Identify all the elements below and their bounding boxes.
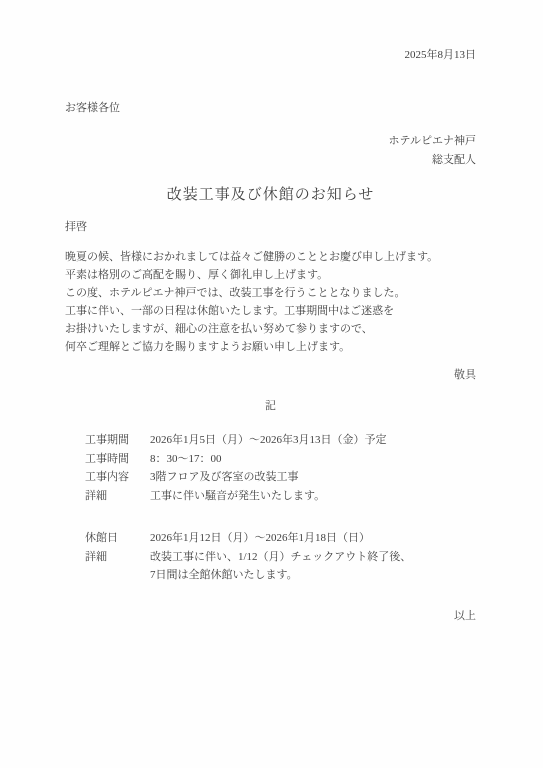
document-date: 2025年8月13日 [65, 48, 476, 62]
detail-value: 工事に伴い騒音が発生いたします。 [150, 487, 476, 506]
body-line: 何卒ご理解とご協力を賜りますようお願い申し上げます。 [65, 338, 476, 356]
salutation: 拝啓 [65, 219, 476, 235]
end-marker: 以上 [65, 608, 476, 624]
detail-label: 詳細 [85, 487, 150, 506]
detail-label: 工事時間 [85, 450, 150, 469]
sender-block: ホテルピエナ神戸 総支配人 [65, 132, 476, 170]
table-row: 詳細 改装工事に伴い、1/12（月）チェックアウト終了後、 7日間は全館休館いた… [85, 548, 476, 585]
closing-word: 敬具 [65, 367, 476, 383]
sender-title: 総支配人 [65, 151, 476, 170]
body-line: この度、ホテルピエナ神戸では、改装工事を行うこととなりました。 [65, 284, 476, 302]
detail-value: 8：30～17：00 [150, 450, 476, 469]
table-row: 休館日 2026年1月12日（月）～2026年1月18日（日） [85, 529, 476, 548]
document-title: 改装工事及び休館のお知らせ [65, 185, 476, 205]
body-line: お掛けいたしますが、細心の注意を払い努めて参りますので、 [65, 320, 476, 338]
detail-label: 休館日 [85, 529, 150, 548]
body-line: 平素は格別のご高配を賜り、厚く御礼申し上げます。 [65, 266, 476, 284]
detail-value: 改装工事に伴い、1/12（月）チェックアウト終了後、 7日間は全館休館いたします… [150, 548, 476, 585]
recipient: お客様各位 [65, 101, 476, 115]
table-row: 工事内容 3階フロア及び客室の改装工事 [85, 468, 476, 487]
detail-value: 2026年1月12日（月）～2026年1月18日（日） [150, 529, 476, 548]
document-page: 2025年8月13日 お客様各位 ホテルピエナ神戸 総支配人 改装工事及び休館の… [0, 0, 543, 768]
detail-label: 工事期間 [85, 431, 150, 450]
body-line: 晩夏の候、皆様におかれましては益々ご健勝のこととお慶び申し上げます。 [65, 248, 476, 266]
detail-label: 工事内容 [85, 468, 150, 487]
closure-details: 休館日 2026年1月12日（月）～2026年1月18日（日） 詳細 改装工事に… [85, 529, 476, 585]
document-content: 2025年8月13日 お客様各位 ホテルピエナ神戸 総支配人 改装工事及び休館の… [0, 0, 543, 624]
detail-label: 詳細 [85, 548, 150, 567]
table-row: 工事期間 2026年1月5日（月）～2026年3月13日（金）予定 [85, 431, 476, 450]
detail-value: 2026年1月5日（月）～2026年3月13日（金）予定 [150, 431, 476, 450]
construction-details: 工事期間 2026年1月5日（月）～2026年3月13日（金）予定 工事時間 8… [85, 431, 476, 505]
table-row: 工事時間 8：30～17：00 [85, 450, 476, 469]
detail-value: 3階フロア及び客室の改装工事 [150, 468, 476, 487]
notice-marker: 記 [65, 398, 476, 414]
table-row: 詳細 工事に伴い騒音が発生いたします。 [85, 487, 476, 506]
body-line: 工事に伴い、一部の日程は休館いたします。工事期間中はご迷惑を [65, 302, 476, 320]
body-paragraph: 晩夏の候、皆様におかれましては益々ご健勝のこととお慶び申し上げます。 平素は格別… [65, 248, 476, 356]
sender-organization: ホテルピエナ神戸 [65, 132, 476, 151]
